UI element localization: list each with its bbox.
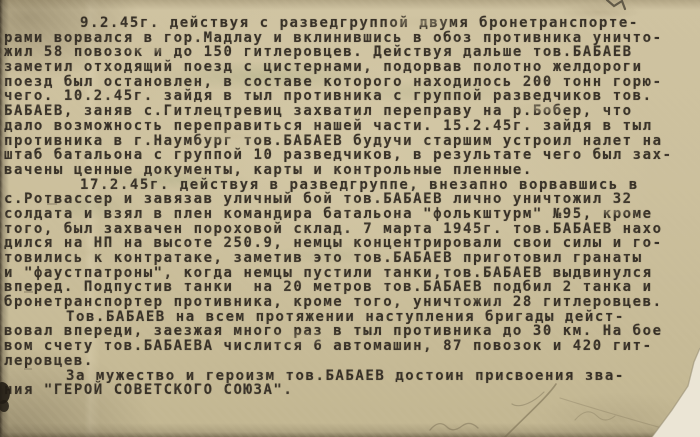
- document-line: жил 58 повозок и до 150 гитлеровцев. Дей…: [4, 44, 696, 59]
- document-line: вперед. Подпустив танки на 20 метров тов…: [4, 279, 696, 294]
- document-line: штаб батальона с группой 10 разведчиков,…: [4, 147, 696, 162]
- document-line: ния "ГЕРОЙ СОВЕТСКОГО СОЮЗА".: [4, 382, 696, 397]
- document-line: товились к контратаке, заметив это тов.Б…: [4, 250, 696, 265]
- pencil-check-mark: [607, 0, 625, 9]
- document-line: заметил отходящий поезд с цистернами, по…: [4, 59, 696, 74]
- document-line: вом счету тов.БАБАЕВА числится 6 автомаш…: [4, 338, 696, 353]
- document-line: За мужество и героизм тов.БАБАЕВ достоин…: [66, 368, 696, 383]
- typewritten-text: 9.2.45г. действуя с разведгруппой двумя …: [4, 15, 696, 397]
- document-line: поезд был остановлен, в составе которого…: [4, 74, 696, 89]
- document-line: дало возможность переправиться нашей час…: [4, 118, 696, 133]
- document-line: БАБАЕВ, заняв с.Гитлецтревиц захватил пе…: [4, 103, 696, 118]
- document-line: с.Ротвассер и завязав уличный бой тов.БА…: [4, 191, 696, 206]
- document-scan: 9.2.45г. действуя с разведгруппой двумя …: [0, 0, 700, 437]
- document-line: дился на НП на высоте 250.9, немцы конце…: [4, 235, 696, 250]
- document-line: бронетранспортер противника, кроме того,…: [4, 294, 696, 309]
- document-line: 17.2.45г. действуя в разведгруппе, внеза…: [80, 177, 696, 192]
- document-line: рами ворвался в гор.Мадлау и вклинившись…: [4, 30, 696, 45]
- document-line: леровцев.: [4, 353, 696, 368]
- document-line: Тов.БАБАЕВ на всем протяжении наступлени…: [66, 309, 696, 324]
- document-line: чего. 10.2.45г. зайдя в тыл противника с…: [4, 88, 696, 103]
- document-line: солдата и взял в плен командира батальон…: [4, 206, 696, 221]
- document-line: и "фаустпатроны", когда немцы пустили та…: [4, 265, 696, 280]
- document-line: того, был захвачен пороховой склад. 7 ма…: [4, 221, 696, 236]
- document-line: 9.2.45г. действуя с разведгруппой двумя …: [80, 15, 696, 30]
- document-line: вовал впереди, заезжая много раз в тыл п…: [4, 323, 696, 338]
- document-line: противника в г.Наумбург тов.БАБАЕВ будуч…: [4, 133, 696, 148]
- document-line: вачены ценные документы, карты и контрол…: [4, 162, 696, 177]
